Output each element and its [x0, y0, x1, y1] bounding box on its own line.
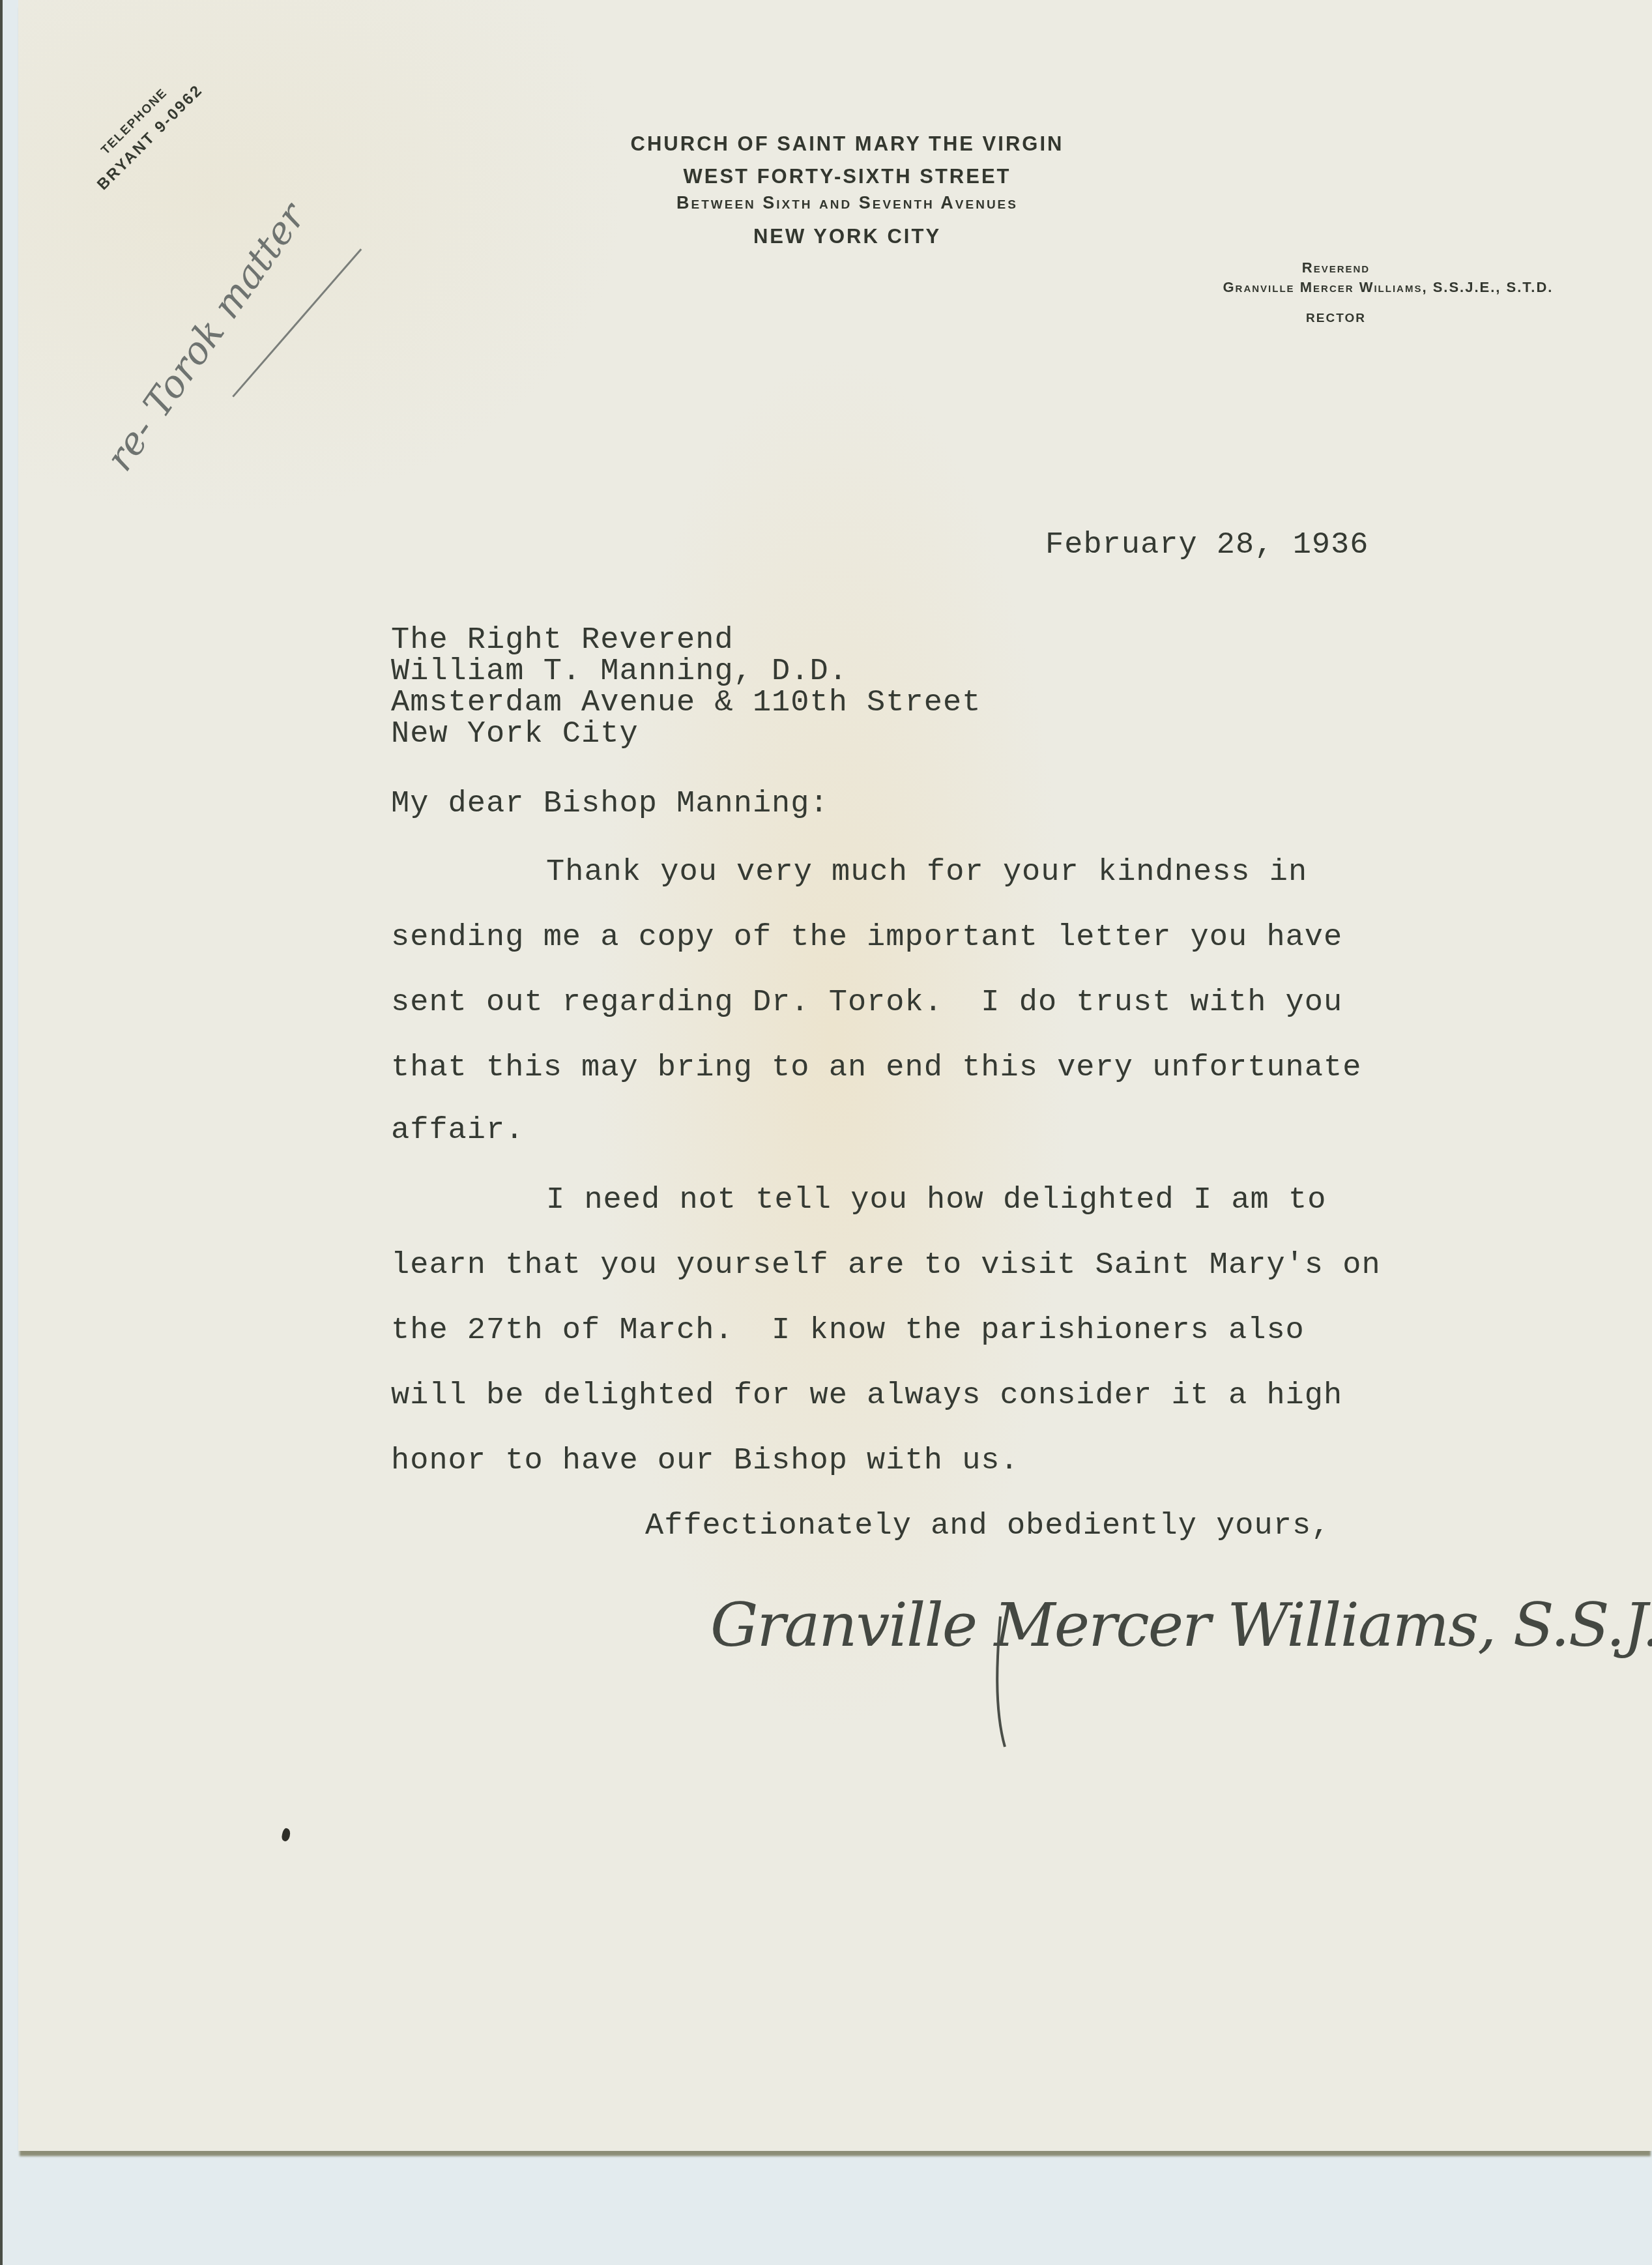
body-line: will be delighted for we always consider…: [391, 1379, 1342, 1413]
body-line: I need not tell you how delighted I am t…: [546, 1183, 1326, 1218]
recipient-line: William T. Manning, D.D.: [391, 654, 848, 689]
church-city: NEW YORK CITY: [587, 225, 1108, 248]
closing: Affectionately and obediently yours,: [645, 1509, 1330, 1543]
rector-name: Granville Mercer Williams, S.S.J.E., S.T…: [1134, 279, 1642, 296]
letter-date: February 28, 1936: [1045, 528, 1369, 563]
recipient-line: New York City: [391, 717, 639, 752]
body-line: learn that you yourself are to visit Sai…: [391, 1248, 1381, 1283]
salutation: My dear Bishop Manning:: [391, 787, 829, 821]
rector-title: Reverend: [1108, 259, 1564, 276]
body-line: the 27th of March. I know the parishione…: [391, 1313, 1305, 1348]
body-line: Thank you very much for your kindness in: [546, 855, 1307, 890]
signature-flourish-icon: [704, 1577, 1551, 1773]
body-line: affair.: [391, 1113, 524, 1148]
body-line: sent out regarding Dr. Torok. I do trust…: [391, 986, 1342, 1020]
body-line: honor to have our Bishop with us.: [391, 1444, 1019, 1478]
body-line: sending me a copy of the important lette…: [391, 920, 1342, 955]
recipient-line: The Right Reverend: [391, 623, 734, 658]
scanner-bed-edge: [0, 0, 3, 2265]
rector-role: RECTOR: [1108, 312, 1564, 326]
church-street: WEST FORTY-SIXTH STREET: [587, 165, 1108, 188]
church-between: Between Sixth and Seventh Avenues: [587, 193, 1108, 213]
body-line: that this may bring to an end this very …: [391, 1051, 1361, 1085]
church-name: CHURCH OF SAINT MARY THE VIRGIN: [587, 132, 1108, 156]
recipient-line: Amsterdam Avenue & 110th Street: [391, 686, 981, 720]
signature: Granville Mercer Williams, S.S.J.E.: [704, 1577, 1551, 1773]
